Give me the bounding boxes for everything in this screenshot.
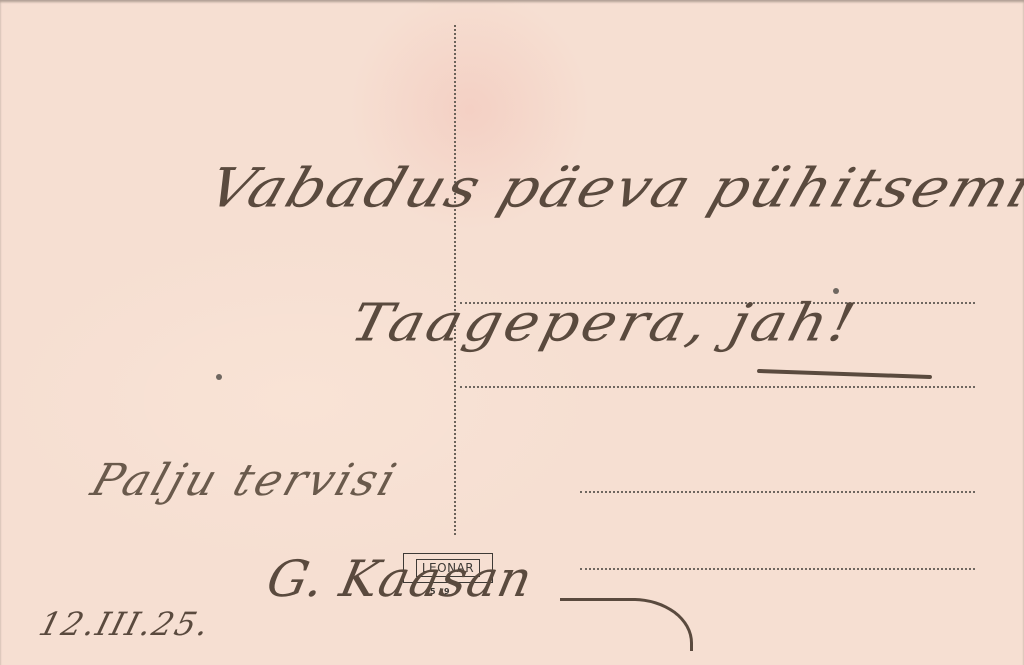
message-line-2: Taagepera, jah! <box>345 292 864 353</box>
address-line-2 <box>460 386 975 388</box>
address-line-3 <box>580 491 975 493</box>
date: 12.III.25. <box>35 605 215 643</box>
ink-speck <box>216 374 222 380</box>
underline-stroke <box>757 369 932 379</box>
signature: G. Kaasan <box>262 550 538 608</box>
greeting-line: Palju tervisi <box>85 455 405 506</box>
address-line-4 <box>580 568 975 570</box>
message-line-1: Vabadus päeva pühitsemine <box>200 157 1024 220</box>
ink-speck <box>833 288 839 294</box>
center-divider <box>454 25 456 535</box>
postcard-back: Vabadus päeva pühitsemine Taagepera, jah… <box>0 0 1024 665</box>
signature-flourish <box>560 598 693 651</box>
